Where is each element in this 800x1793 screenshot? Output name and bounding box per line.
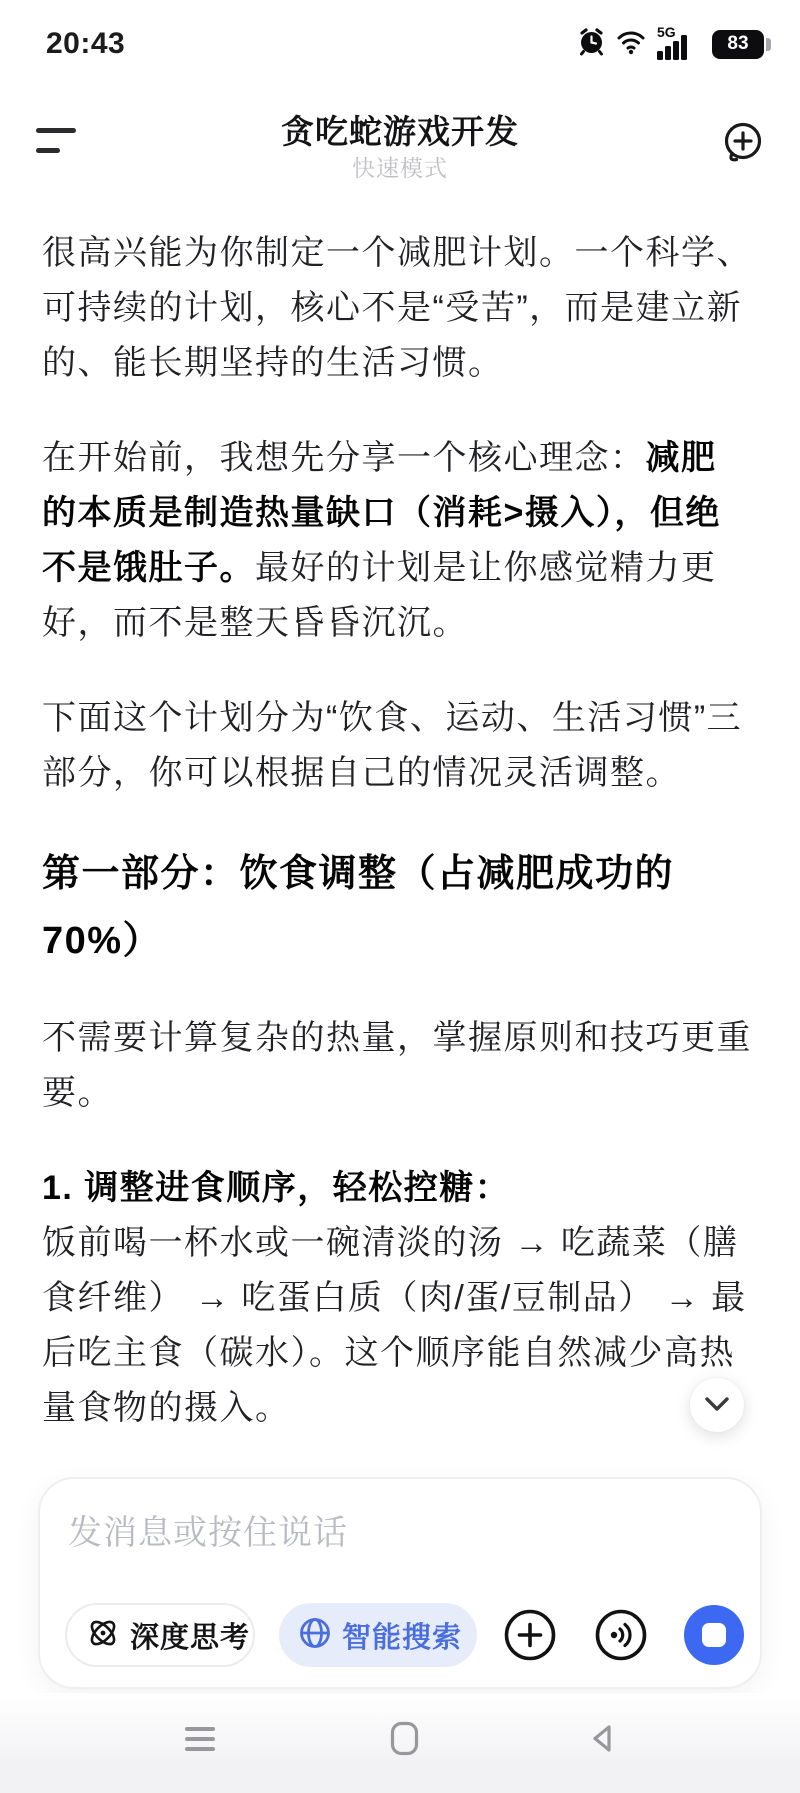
paragraph: 下面这个计划分为“饮食、运动、生活习惯”三部分，你可以根据自己的情况灵活调整。 [42, 691, 764, 801]
chat-scroll-area[interactable]: 很高兴能为你制定一个减肥计划。一个科学、可持续的计划，核心不是“受苦”，而是建立… [42, 226, 764, 1446]
battery-icon: 83 [712, 30, 764, 59]
home-square-icon [390, 1721, 419, 1756]
wifi-icon [616, 29, 646, 60]
smart-search-label: 智能搜索 [342, 1615, 462, 1656]
chat-header: 贪吃蛇游戏开发 快速模式 [0, 92, 800, 178]
app-screen: 20:43 [0, 0, 800, 1793]
system-navigation-bar [0, 1693, 800, 1793]
voice-wave-icon [594, 1608, 648, 1662]
back-triangle-icon [591, 1724, 613, 1753]
deep-think-toggle[interactable]: 深度思考 [65, 1603, 255, 1667]
voice-call-button[interactable] [591, 1605, 651, 1665]
attach-button[interactable] [500, 1605, 560, 1665]
status-icons: 5G 83 [578, 22, 764, 66]
message-blocks: 很高兴能为你制定一个减肥计划。一个科学、可持续的计划，核心不是“受苦”，而是建立… [42, 226, 764, 1436]
chat-title: 贪吃蛇游戏开发 [0, 106, 800, 153]
nav-back-button[interactable] [591, 1724, 613, 1758]
status-bar: 20:43 [0, 22, 800, 66]
paragraph: 不需要计算复杂的热量，掌握原则和技巧更重要。 [42, 1011, 764, 1121]
nav-recents-button[interactable] [181, 1727, 221, 1754]
stop-generating-button[interactable] [684, 1605, 744, 1665]
battery-percent: 83 [727, 33, 748, 55]
paragraph: 很高兴能为你制定一个减肥计划。一个科学、可持续的计划，核心不是“受苦”，而是建立… [42, 226, 764, 391]
message-input[interactable]: 发消息或按住说话 [68, 1505, 348, 1554]
scroll-to-bottom-button[interactable] [690, 1378, 744, 1432]
globe-icon [297, 1615, 333, 1656]
atom-icon [85, 1615, 121, 1656]
deep-think-label: 深度思考 [130, 1615, 250, 1656]
plus-icon [503, 1608, 557, 1662]
paragraph: 在开始前，我想先分享一个核心理念：减肥的本质是制造热量缺口（消耗>摄入），但绝不… [42, 431, 764, 651]
paragraph: 1. 调整进食顺序，轻松控糖：饭前喝一杯水或一碗清淡的汤 → 吃蔬菜（膳食纤维）… [42, 1161, 764, 1436]
smart-search-toggle[interactable]: 智能搜索 [279, 1603, 477, 1667]
new-chat-button[interactable] [719, 118, 767, 168]
signal-strength-icon: 5G [657, 27, 701, 61]
alarm-icon [578, 28, 605, 61]
message-composer: 发消息或按住说话 深度思考 [38, 1477, 762, 1689]
signal-bars [657, 35, 687, 60]
section-heading: 第一部分：饮食调整（占减肥成功的70%） [42, 841, 764, 975]
composer-toolbar: 深度思考 智能搜索 [40, 1603, 760, 1667]
nav-home-button[interactable] [390, 1721, 419, 1761]
battery-nub [766, 38, 771, 51]
chevron-down-icon [702, 1397, 732, 1413]
chat-mode-subtitle: 快速模式 [0, 150, 800, 183]
stop-icon [702, 1623, 726, 1647]
clock-text: 20:43 [46, 27, 125, 61]
